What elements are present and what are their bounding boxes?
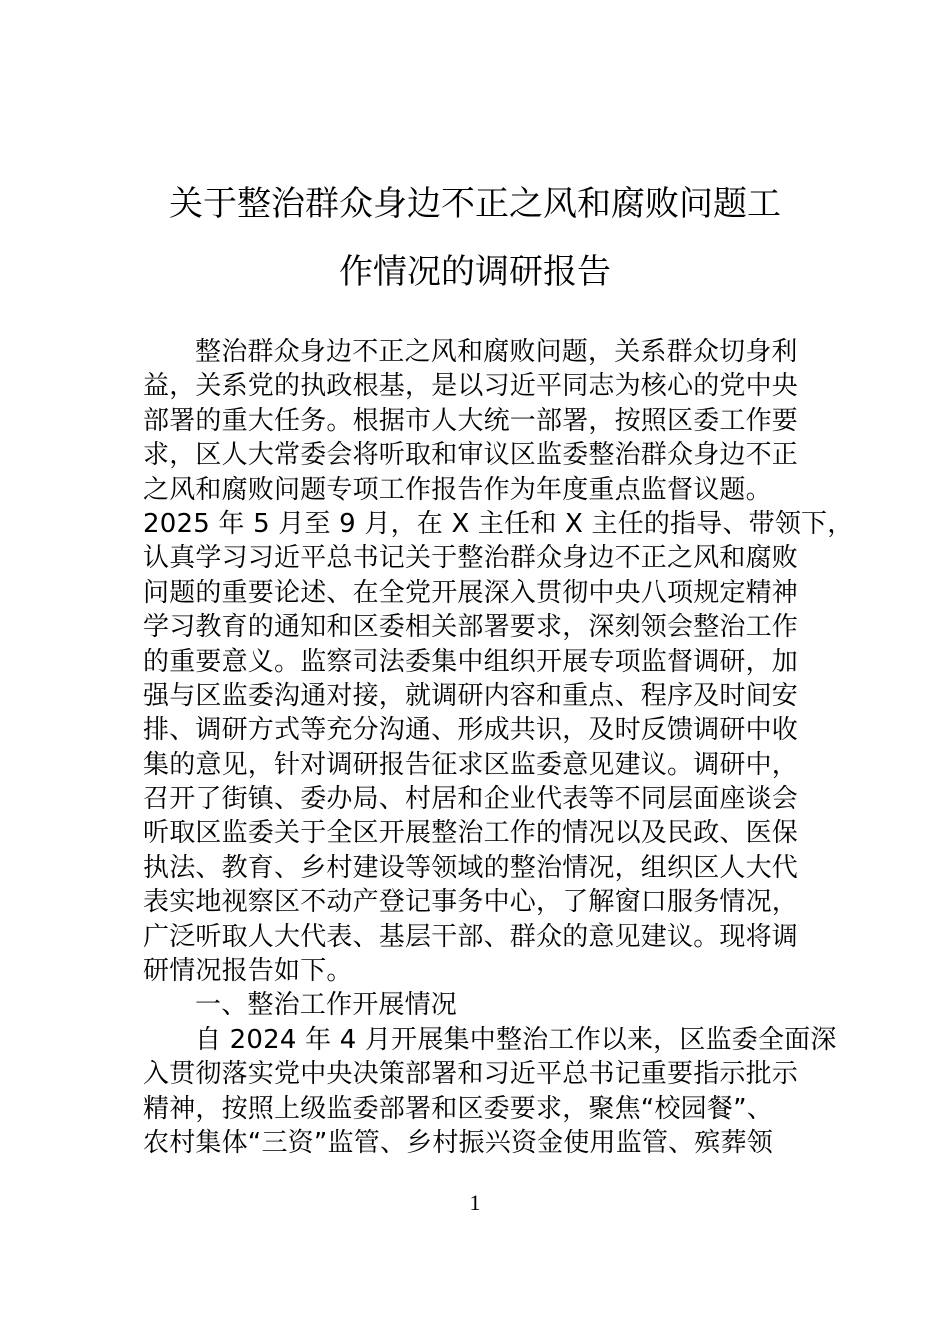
body-text-line: 执法、教育、乡村建设等领域的整治情况，组织区人大代 [143,851,807,885]
body-text-line: 自 2024 年 4 月开展集中整治工作以来，区监委全面深 [143,1023,807,1057]
body-text-line: 集的意见，针对调研报告征求区监委意见建议。调研中， [143,748,807,782]
document-page: 关于整治群众身边不正之风和腐败问题工 作情况的调研报告 整治群众身边不正之风和腐… [0,0,950,1344]
body-text-line: 之风和腐败问题专项工作报告作为年度重点监督议题。 [143,473,807,507]
body-text-line: 认真学习习近平总书记关于整治群众身边不正之风和腐败 [143,541,807,575]
page-number: 1 [0,1188,950,1218]
body-text-line: 精神，按照上级监委部署和区委要求，聚焦“校园餐”、 [143,1092,807,1126]
body-text-line: 排、调研方式等充分沟通、形成共识，及时反馈调研中收 [143,713,807,747]
title-line-1: 关于整治群众身边不正之风和腐败问题工 [143,170,807,238]
title-line-2: 作情况的调研报告 [143,238,807,306]
body-text-line: 农村集体“三资”监管、乡村振兴资金使用监管、殡葬领 [143,1126,807,1160]
body-text-line: 表实地视察区不动产登记事务中心，了解窗口服务情况， [143,885,807,919]
document-title: 关于整治群众身边不正之风和腐败问题工 作情况的调研报告 [143,170,807,306]
body-text-line: 求，区人大常委会将听取和审议区监委整治群众身边不正 [143,438,807,472]
body-text-line: 听取区监委关于全区开展整治工作的情况以及民政、医保 [143,816,807,850]
body-text-line: 的重要意义。监察司法委集中组织开展专项监督调研，加 [143,645,807,679]
body-text-line: 召开了街镇、委办局、村居和企业代表等不同层面座谈会 [143,782,807,816]
document-body: 整治群众身边不正之风和腐败问题，关系群众切身利益，关系党的执政根基，是以习近平同… [143,335,807,1160]
body-text-line: 研情况报告如下。 [143,954,807,988]
body-text-line: 2025 年 5 月至 9 月，在 X 主任和 X 主任的指导、带领下， [143,507,807,541]
body-text-line: 部署的重大任务。根据市人大统一部署，按照区委工作要 [143,404,807,438]
body-text-line: 整治群众身边不正之风和腐败问题，关系群众切身利 [143,335,807,369]
body-text-line: 一、整治工作开展情况 [143,988,807,1022]
body-text-line: 入贯彻落实党中央决策部署和习近平总书记重要指示批示 [143,1057,807,1091]
body-text-line: 学习教育的通知和区委相关部署要求，深刻领会整治工作 [143,610,807,644]
body-text-line: 问题的重要论述、在全党开展深入贯彻中央八项规定精神 [143,576,807,610]
body-text-line: 益，关系党的执政根基，是以习近平同志为核心的党中央 [143,369,807,403]
body-text-line: 强与区监委沟通对接，就调研内容和重点、程序及时间安 [143,679,807,713]
body-text-line: 广泛听取人大代表、基层干部、群众的意见建议。现将调 [143,920,807,954]
